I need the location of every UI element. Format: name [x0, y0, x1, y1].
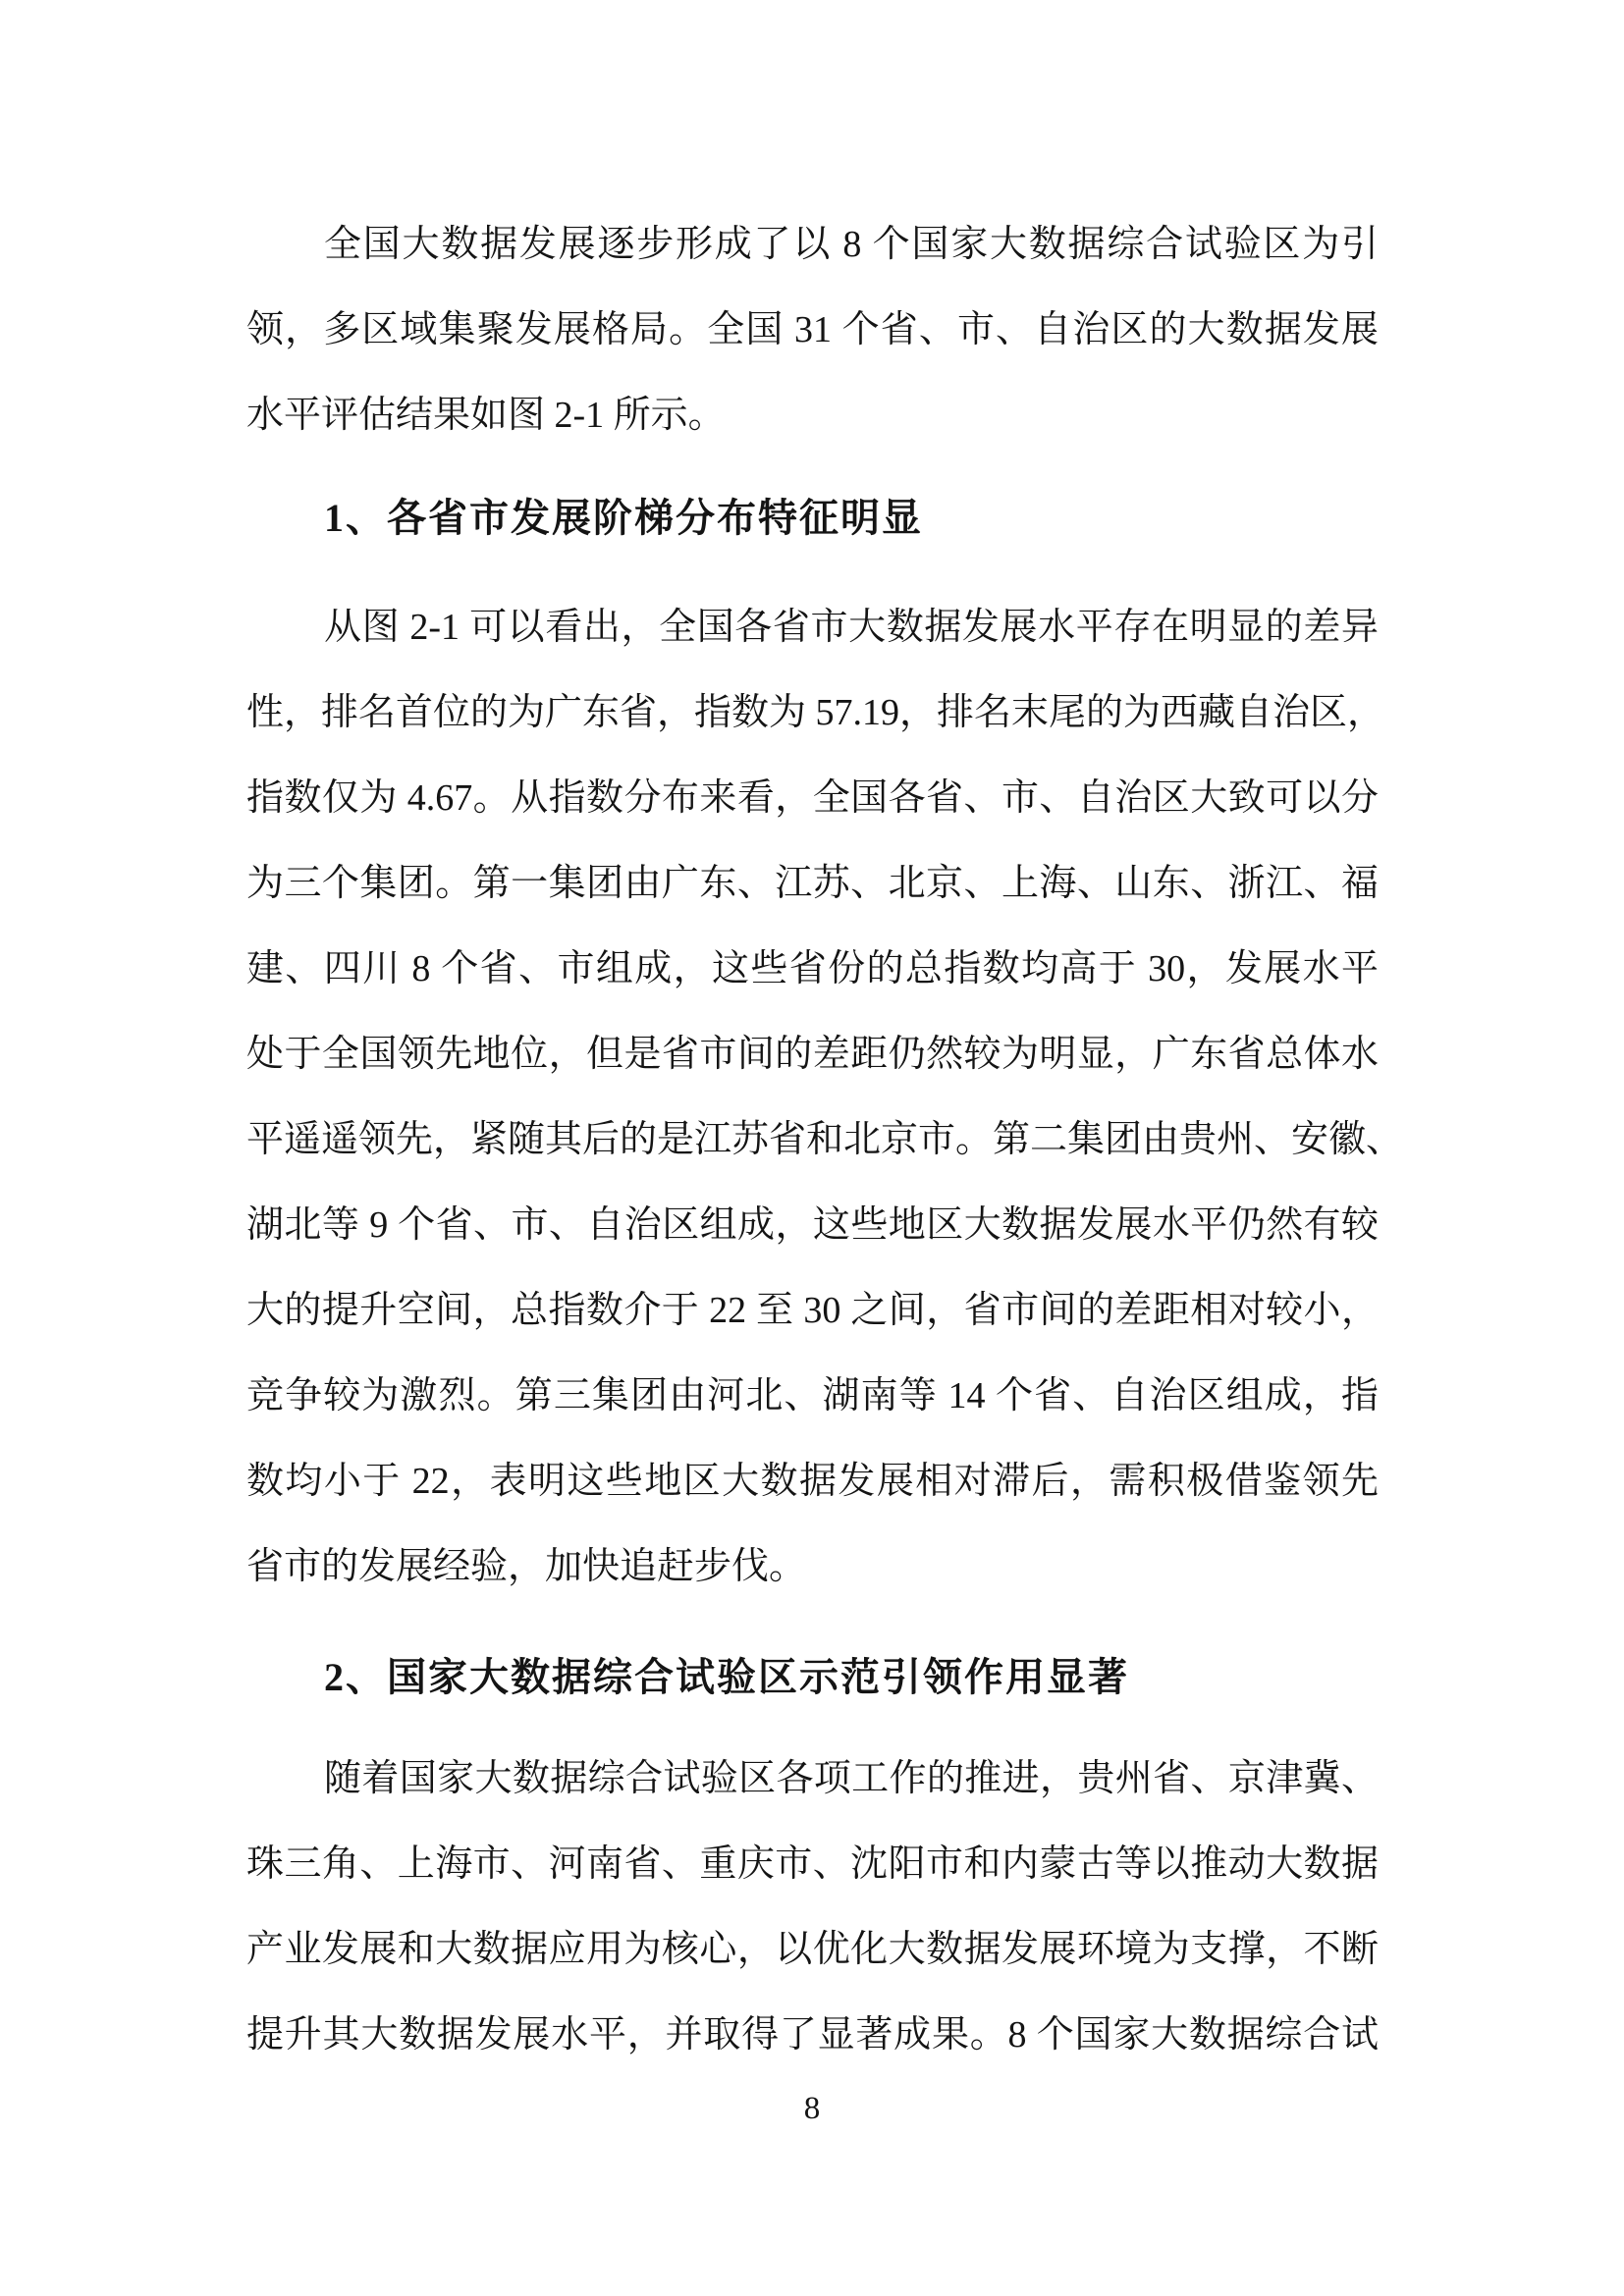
text-line: 竞争较为激烈。第三集团由河北、湖南等 14 个省、自治区组成，指 [246, 1354, 1379, 1439]
section-heading-1: 1、各省市发展阶梯分布特征明显 [246, 475, 1379, 561]
text-line: 随着国家大数据综合试验区各项工作的推进，贵州省、京津冀、 [246, 1736, 1379, 1822]
text-line: 数均小于 22，表明这些地区大数据发展相对滞后，需积极借鉴领先 [246, 1439, 1379, 1524]
text-line: 湖北等 9 个省、市、自治区组成，这些地区大数据发展水平仍然有较 [246, 1183, 1379, 1268]
document-page: 全国大数据发展逐步形成了以 8 个国家大数据综合试验区为引 领，多区域集聚发展格… [0, 0, 1624, 2296]
text-line: 指数仅为 4.67。从指数分布来看，全国各省、市、自治区大致可以分 [246, 756, 1379, 841]
text-line: 提升其大数据发展水平，并取得了显著成果。8 个国家大数据综合试 [246, 1993, 1379, 2078]
text-line: 省市的发展经验，加快追赶步伐。 [246, 1524, 1379, 1610]
text-line: 平遥遥领先，紧随其后的是江苏省和北京市。第二集团由贵州、安徽、 [246, 1097, 1379, 1183]
text-line: 大的提升空间，总指数介于 22 至 30 之间，省市间的差距相对较小， [246, 1268, 1379, 1354]
text-line: 建、四川 8 个省、市组成，这些省份的总指数均高于 30，发展水平 [246, 927, 1379, 1012]
text-line: 水平评估结果如图 2-1 所示。 [246, 373, 1379, 458]
text-line: 珠三角、上海市、河南省、重庆市、沈阳市和内蒙古等以推动大数据 [246, 1822, 1379, 1907]
text-line: 领，多区域集聚发展格局。全国 31 个省、市、自治区的大数据发展 [246, 288, 1379, 373]
text-line: 为三个集团。第一集团由广东、江苏、北京、上海、山东、浙江、福 [246, 841, 1379, 927]
paragraph-3: 随着国家大数据综合试验区各项工作的推进，贵州省、京津冀、 珠三角、上海市、河南省… [246, 1736, 1379, 2078]
section-heading-2: 2、国家大数据综合试验区示范引领作用显著 [246, 1634, 1379, 1720]
text-line: 从图 2-1 可以看出，全国各省市大数据发展水平存在明显的差异 [246, 585, 1379, 670]
text-line: 处于全国领先地位，但是省市间的差距仍然较为明显，广东省总体水 [246, 1012, 1379, 1097]
text-line: 性，排名首位的为广东省，指数为 57.19，排名末尾的为西藏自治区， [246, 670, 1379, 756]
paragraph-1: 全国大数据发展逐步形成了以 8 个国家大数据综合试验区为引 领，多区域集聚发展格… [246, 202, 1379, 458]
paragraph-2: 从图 2-1 可以看出，全国各省市大数据发展水平存在明显的差异 性，排名首位的为… [246, 585, 1379, 1610]
text-line: 全国大数据发展逐步形成了以 8 个国家大数据综合试验区为引 [246, 202, 1379, 288]
text-line: 产业发展和大数据应用为核心，以优化大数据发展环境为支撑，不断 [246, 1907, 1379, 1993]
page-number: 8 [0, 2089, 1624, 2128]
